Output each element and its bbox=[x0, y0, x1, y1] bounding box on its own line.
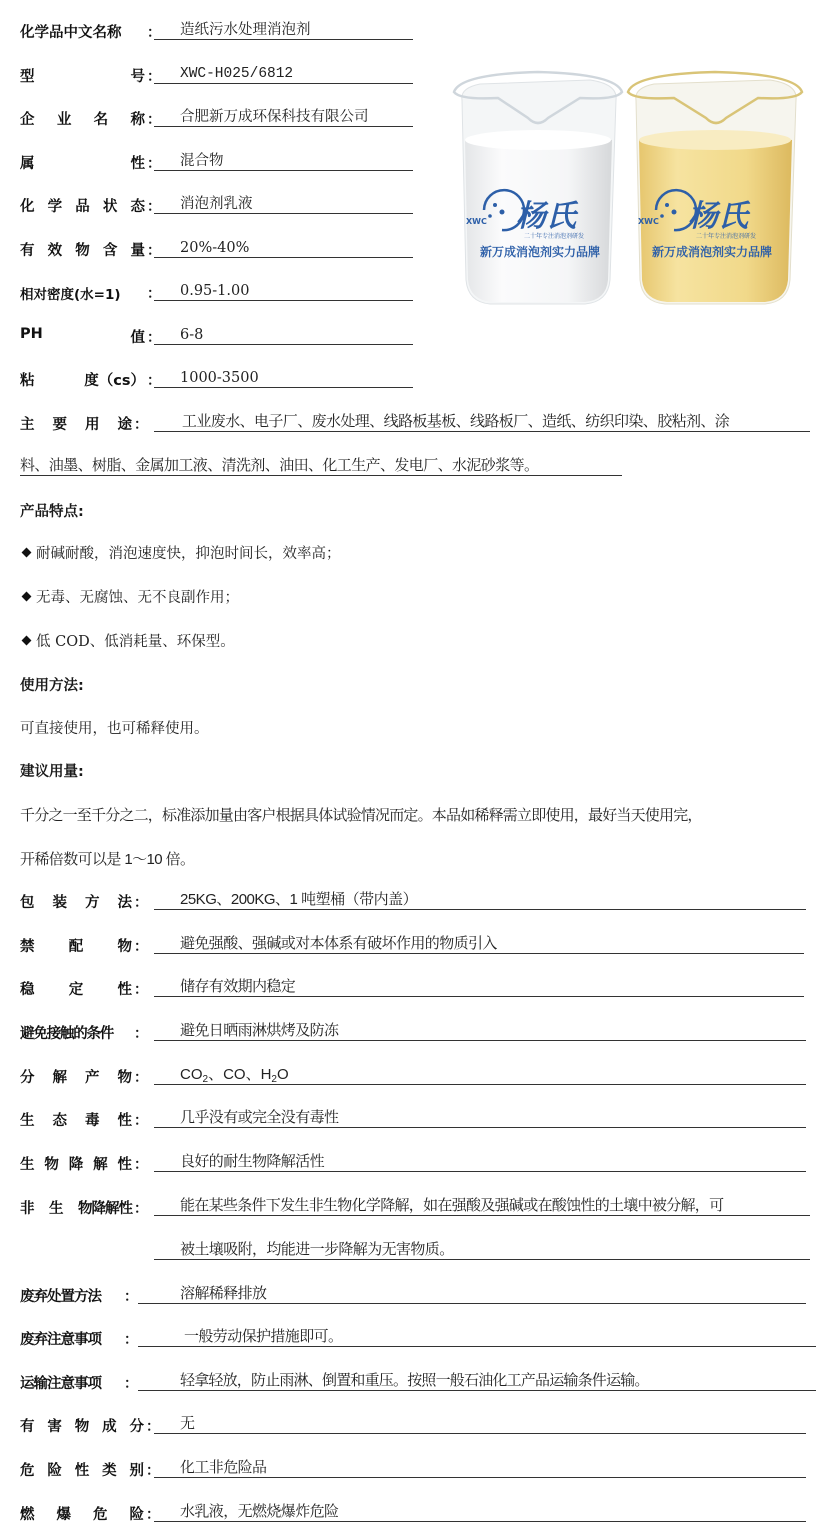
spec-value-hazardous-components: 无 bbox=[154, 1414, 806, 1434]
spec-row-disposal-notes: 废弃注意事项： bbox=[20, 1327, 138, 1349]
svg-text:杨氏: 杨氏 bbox=[516, 199, 579, 234]
spec-value-density: 0.95-1.00 bbox=[154, 281, 413, 301]
spec-value-ecotoxicity: 几乎没有或完全没有毒性 bbox=[154, 1108, 806, 1128]
dosage-line-2: 开稀倍数可以是 1～10 倍。 bbox=[20, 848, 194, 869]
spec-row-packaging: 包装方法： bbox=[20, 890, 148, 912]
spec-value-abiotic-degradation-2: 被土壤吸附，均能进一步降解为无害物质。 bbox=[154, 1240, 810, 1260]
dosage-line-1: 千分之一至千分之二，标准添加量由客户根据具体试验情况而定。本品如稀释需立即使用，… bbox=[20, 804, 702, 825]
spec-row-abiotic-degradation: 非生物降解性： bbox=[20, 1196, 148, 1218]
spec-label: 化学品状态 bbox=[20, 195, 145, 216]
spec-row-ph: PH值： bbox=[20, 325, 161, 347]
spec-label: 企业名称 bbox=[20, 108, 145, 129]
svg-text:新万成消泡剂实力品牌: 新万成消泡剂实力品牌 bbox=[480, 244, 600, 259]
spec-row-attribute: 属性： bbox=[20, 151, 161, 173]
spec-value-viscosity: 1000-3500 bbox=[154, 368, 413, 388]
beakers-illustration: XWC 杨氏 二十年专注消泡剂研发 新万成消泡剂实力品牌 XWC 杨氏 二十年专… bbox=[440, 40, 825, 330]
svg-text:二十年专注消泡剂研发: 二十年专注消泡剂研发 bbox=[524, 232, 584, 240]
usage-line-2: 料、油墨、树脂、金属加工液、清洗剂、油田、化工生产、发电厂、水泥砂浆等。 bbox=[20, 456, 622, 476]
svg-text:新万成消泡剂实力品牌: 新万成消泡剂实力品牌 bbox=[652, 244, 772, 259]
svg-text:二十年专注消泡剂研发: 二十年专注消泡剂研发 bbox=[696, 232, 756, 240]
diamond-bullet-icon bbox=[22, 548, 32, 558]
usage-row: 主要用途： bbox=[20, 412, 148, 434]
spec-value-stability: 储存有效期内稳定 bbox=[154, 977, 804, 997]
spec-row-state: 化学品状态： bbox=[20, 194, 161, 216]
spec-row-avoid-conditions: 避免接触的条件： bbox=[20, 1021, 148, 1043]
spec-label: 型号 bbox=[20, 65, 145, 86]
spec-value-abiotic-degradation-1: 能在某些条件下发生非生物化学降解，如在强酸及强碱或在酸蚀性的土壤中被分解，可 bbox=[154, 1196, 810, 1216]
spec-row-disposal: 废弃处置方法： bbox=[20, 1284, 138, 1306]
spec-row-decomposition: 分解产物： bbox=[20, 1065, 148, 1087]
spec-label: 相对密度(水=1) bbox=[20, 283, 145, 303]
spec-value-hazard-class: 化工非危险品 bbox=[154, 1458, 806, 1478]
spec-row-model: 型号： bbox=[20, 64, 161, 86]
spec-row-hazard-class: 危险性类别： bbox=[20, 1458, 160, 1480]
spec-row-viscosity: 粘度（cs）： bbox=[20, 368, 161, 390]
spec-row-density: 相对密度(水=1)： bbox=[20, 281, 161, 303]
spec-value-avoid-conditions: 避免日晒雨淋烘烤及防冻 bbox=[154, 1021, 806, 1041]
feature-item: 无毒、无腐蚀、无不良副作用； bbox=[20, 586, 239, 607]
spec-row-hazardous-components: 有害物成分： bbox=[20, 1414, 160, 1436]
spec-value-transport-notes: 轻拿轻放，防止雨淋、倒置和重压。按照一般石油化工产品运输条件运输。 bbox=[138, 1371, 816, 1391]
spec-label: 化学品中文名称 bbox=[20, 21, 145, 42]
spec-row-active-content: 有效物含量： bbox=[20, 238, 161, 260]
features-heading: 产品特点: bbox=[20, 500, 84, 521]
spec-label: PH值 bbox=[20, 326, 145, 347]
svg-text:杨氏: 杨氏 bbox=[688, 199, 751, 234]
dosage-heading: 建议用量: bbox=[20, 760, 84, 781]
usage-line-1: 工业废水、电子厂、废水处理、线路板基板、线路板厂、造纸、纺织印染、胶粘剂、涂 bbox=[154, 412, 810, 432]
spec-row-stability: 稳定性： bbox=[20, 977, 148, 999]
spec-value-attribute: 混合物 bbox=[154, 151, 413, 171]
spec-label: 粘度（cs） bbox=[20, 369, 145, 390]
method-heading: 使用方法: bbox=[20, 674, 84, 695]
spec-label: 有效物含量 bbox=[20, 239, 145, 260]
spec-row-company: 企业名称： bbox=[20, 107, 161, 129]
diamond-bullet-icon bbox=[22, 636, 32, 646]
spec-row-incompatible: 禁配物： bbox=[20, 934, 148, 956]
spec-value-model: XWC-H025/6812 bbox=[154, 64, 413, 84]
usage-label: 主要用途 bbox=[20, 413, 132, 434]
spec-label: 属性 bbox=[20, 152, 145, 173]
spec-value-ph: 6-8 bbox=[154, 325, 413, 345]
spec-value-active-content: 20%-40% bbox=[154, 238, 413, 258]
spec-row-chemical-name: 化学品中文名称： bbox=[20, 20, 161, 42]
spec-value-incompatible: 避免强酸、强碱或对本体系有破坏作用的物质引入 bbox=[154, 934, 804, 954]
spec-value-decomposition: CO2、CO、H2O bbox=[154, 1065, 806, 1085]
feature-item: 低 COD、低消耗量、环保型。 bbox=[20, 630, 235, 651]
method-text: 可直接使用，也可稀释使用。 bbox=[20, 717, 209, 738]
spec-value-packaging: 25KG、200KG、1 吨塑桶（带内盖） bbox=[154, 890, 806, 910]
spec-value-disposal-notes: 一般劳动保护措施即可。 bbox=[138, 1327, 816, 1347]
spec-row-transport-notes: 运输注意事项： bbox=[20, 1371, 138, 1393]
spec-row-explosion-hazard: 燃爆危险： bbox=[20, 1502, 160, 1524]
spec-value-state: 消泡剂乳液 bbox=[154, 194, 413, 214]
spec-row-ecotoxicity: 生态毒性： bbox=[20, 1108, 148, 1130]
feature-item: 耐碱耐酸，消泡速度快，抑泡时间长，效率高； bbox=[20, 542, 341, 563]
spec-value-disposal: 溶解稀释排放 bbox=[138, 1284, 806, 1304]
spec-value-chemical-name: 造纸污水处理消泡剂 bbox=[154, 20, 413, 40]
product-image: XWC 杨氏 二十年专注消泡剂研发 新万成消泡剂实力品牌 XWC 杨氏 二十年专… bbox=[440, 40, 825, 330]
diamond-bullet-icon bbox=[22, 592, 32, 602]
spec-value-biodegradability: 良好的耐生物降解活性 bbox=[154, 1152, 806, 1172]
svg-text:XWC: XWC bbox=[638, 217, 659, 226]
spec-value-company: 合肥新万成环保科技有限公司 bbox=[154, 107, 413, 127]
svg-text:XWC: XWC bbox=[466, 217, 487, 226]
spec-row-biodegradability: 生物降解性： bbox=[20, 1152, 148, 1174]
spec-value-explosion-hazard: 水乳液，无燃烧爆炸危险 bbox=[154, 1502, 806, 1522]
